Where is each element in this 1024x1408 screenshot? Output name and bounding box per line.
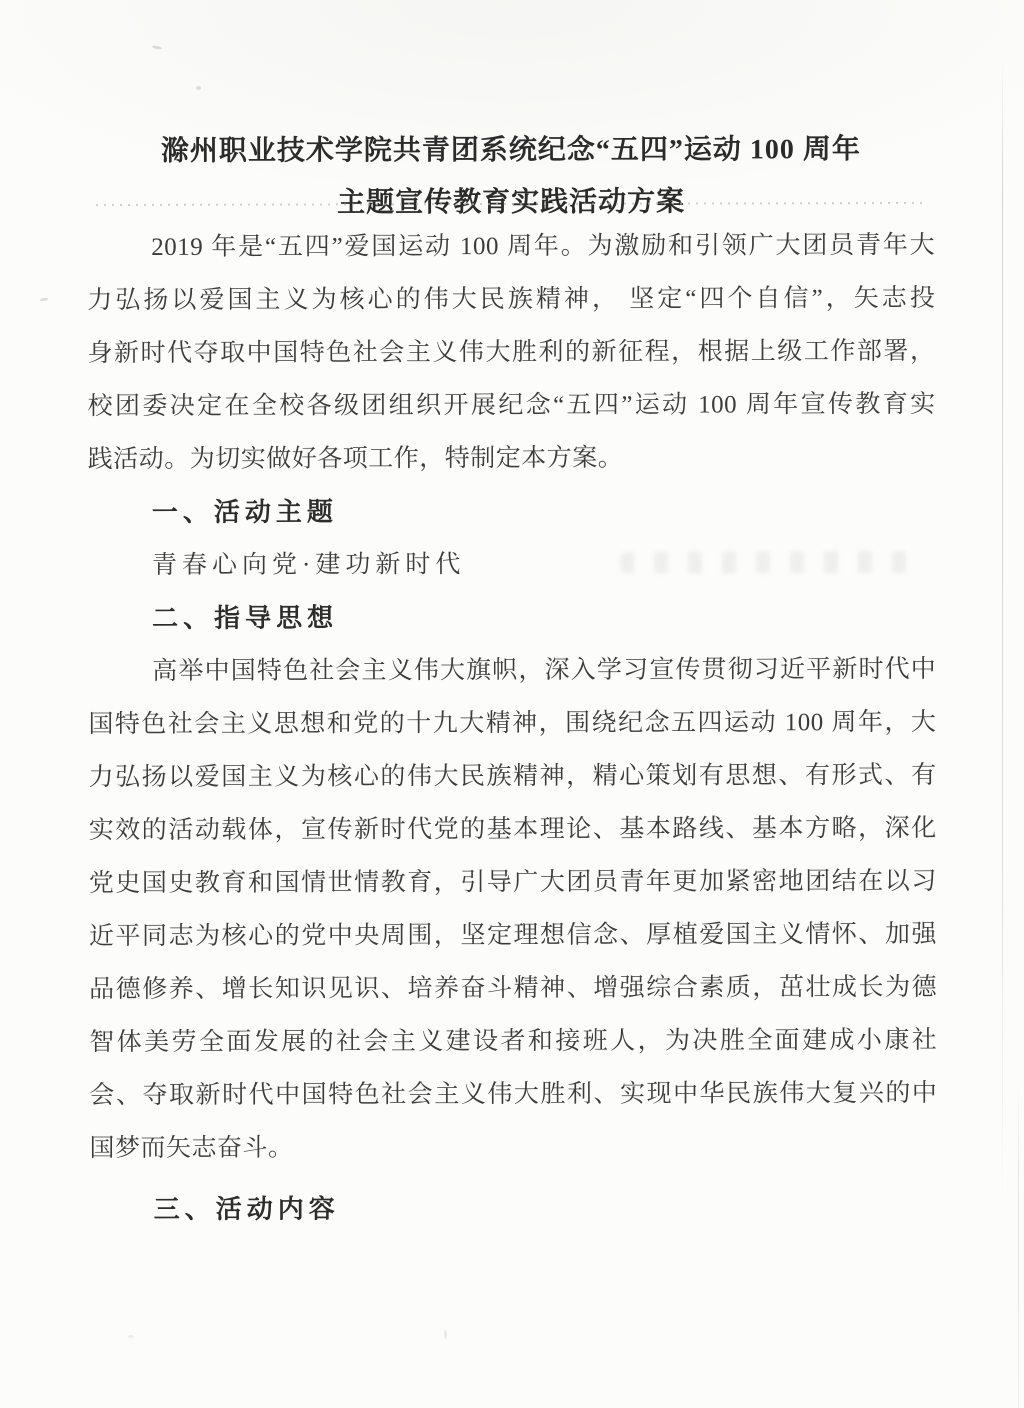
intro-line: 校团委决定在全校各级团组织开展纪念“五四”运动 100 周年宣传教育实 — [88, 378, 936, 433]
scan-speck — [196, 86, 201, 90]
scan-artifact-vline-1 — [1002, 55, 1003, 1210]
scan-ghost-smudge — [620, 551, 920, 574]
section-1-heading: 一、活动主题 — [88, 484, 936, 539]
guiding-line: 高举中国特色社会主义伟大旗帜，深入学习宣传贯彻习近平新时代中 — [88, 643, 936, 698]
intro-line: 力弘扬以爱国主义为核心的伟大民族精神， 坚定“四个自信”，矢志投 — [87, 272, 935, 327]
doc-title: 滁州职业技术学院共青团系统纪念“五四”运动 100 周年 主题宣传教育实践活动方… — [0, 123, 1023, 230]
guiding-line: 近平同志为核心的党中央周围，坚定理想信念、厚植爱国主义情怀、加强 — [89, 908, 937, 963]
guiding-thought-paragraph: 高举中国特色社会主义伟大旗帜，深入学习宣传贯彻习近平新时代中 国特色社会主义思想… — [88, 643, 937, 1175]
doc-title-line-1: 滁州职业技术学院共青团系统纪念“五四”运动 100 周年 — [0, 123, 1023, 178]
scanned-content: 滁州职业技术学院共青团系统纪念“五四”运动 100 周年 主题宣传教育实践活动方… — [0, 0, 1024, 1408]
guiding-line: 实效的活动载体，宣传新时代党的基本理论、基本路线、基本方略，深化 — [89, 802, 937, 857]
section-2-heading: 二、指导思想 — [88, 590, 936, 645]
intro-line: 2019 年是“五四”爱国运动 100 周年。为激励和引领广大团员青年大 — [87, 219, 935, 274]
guiding-line: 会、夺取新时代中国特色社会主义伟大胜利、实现中华民族伟大复兴的中 — [89, 1067, 937, 1122]
guiding-line: 国特色社会主义思想和党的十九大精神，围绕纪念五四运动 100 周年，大 — [88, 696, 936, 751]
intro-line: 身新时代夺取中国特色社会主义伟大胜利的新征程，根据上级工作部署， — [87, 325, 935, 380]
guiding-line: 力弘扬以爱国主义为核心的伟大民族精神，精心策划有思想、有形式、有 — [88, 749, 936, 804]
guiding-line: 智体美劳全面发展的社会主义建设者和接班人，为决胜全面建成小康社 — [89, 1014, 937, 1069]
intro-paragraph: 2019 年是“五四”爱国运动 100 周年。为激励和引领广大团员青年大 力弘扬… — [87, 219, 936, 486]
doc-body: 2019 年是“五四”爱国运动 100 周年。为激励和引领广大团员青年大 力弘扬… — [87, 219, 938, 1236]
guiding-line: 国梦而矢志奋斗。 — [89, 1120, 937, 1175]
guiding-line: 品德修养、增长知识见识、培养奋斗精神、增强综合素质，茁壮成长为德 — [89, 961, 937, 1016]
document-page: 滁州职业技术学院共青团系统纪念“五四”运动 100 周年 主题宣传教育实践活动方… — [0, 0, 1024, 1408]
scan-artifact-vline-2 — [1018, 1080, 1019, 1408]
section-3-heading: 三、活动内容 — [90, 1181, 938, 1236]
scan-speck — [444, 1330, 447, 1339]
scan-speck — [128, 1335, 134, 1338]
intro-line: 践活动。为切实做好各项工作，特制定本方案。 — [88, 431, 936, 486]
guiding-line: 党史国史教育和国情世情教育，引导广大团员青年更加紧密地团结在以习 — [89, 855, 937, 910]
